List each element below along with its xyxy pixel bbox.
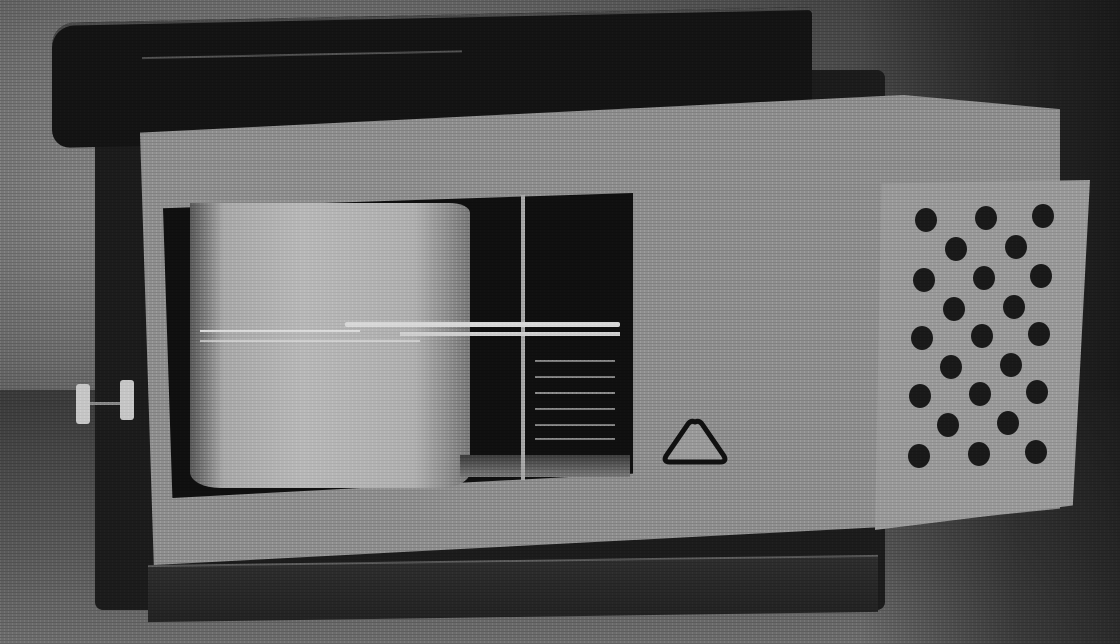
drum-trace — [200, 340, 420, 342]
photograph — [0, 0, 1120, 644]
vent-hole — [937, 413, 959, 437]
vent-hole — [1030, 264, 1052, 288]
vent-hole — [1026, 380, 1048, 404]
bellows-ring — [535, 424, 615, 426]
vent-hole — [915, 208, 937, 232]
bellows-ring — [535, 392, 615, 394]
vent-hole — [1003, 295, 1025, 319]
mechanism-floor — [460, 455, 630, 477]
vent-hole — [1025, 440, 1047, 464]
vent-hole — [973, 266, 995, 290]
vent-hole — [913, 268, 935, 292]
vent-hole — [945, 237, 967, 261]
vent-hole — [943, 297, 965, 321]
vent-hole — [997, 411, 1019, 435]
vent-hole — [940, 355, 962, 379]
bellows-ring — [535, 376, 615, 378]
bellows-ring — [535, 438, 615, 440]
vent-hole — [1028, 322, 1050, 346]
chart-drum — [190, 203, 470, 488]
vent-hole — [1032, 204, 1054, 228]
knob-shaft — [90, 402, 120, 405]
vent-hole — [971, 324, 993, 348]
support-rod — [521, 195, 525, 480]
instrument-base — [148, 555, 878, 622]
vent-hole — [969, 382, 991, 406]
knob-grip-left — [76, 384, 90, 424]
triangle-logo-icon — [658, 416, 732, 466]
vent-hole — [908, 444, 930, 468]
pen-arm — [345, 322, 620, 327]
vent-hole — [968, 442, 990, 466]
vent-hole — [1005, 235, 1027, 259]
vent-hole — [909, 384, 931, 408]
bellows-ring — [535, 408, 615, 410]
ventilation-panel — [875, 180, 1090, 530]
vent-hole — [1000, 353, 1022, 377]
knob-grip-right — [120, 380, 134, 420]
vent-hole — [975, 206, 997, 230]
drum-trace — [200, 330, 360, 332]
bellows-ring — [535, 360, 615, 362]
lid-highlight — [142, 50, 462, 59]
vent-hole — [911, 326, 933, 350]
side-adjustment-knob — [76, 380, 146, 428]
pen-arm-lower — [400, 332, 620, 336]
